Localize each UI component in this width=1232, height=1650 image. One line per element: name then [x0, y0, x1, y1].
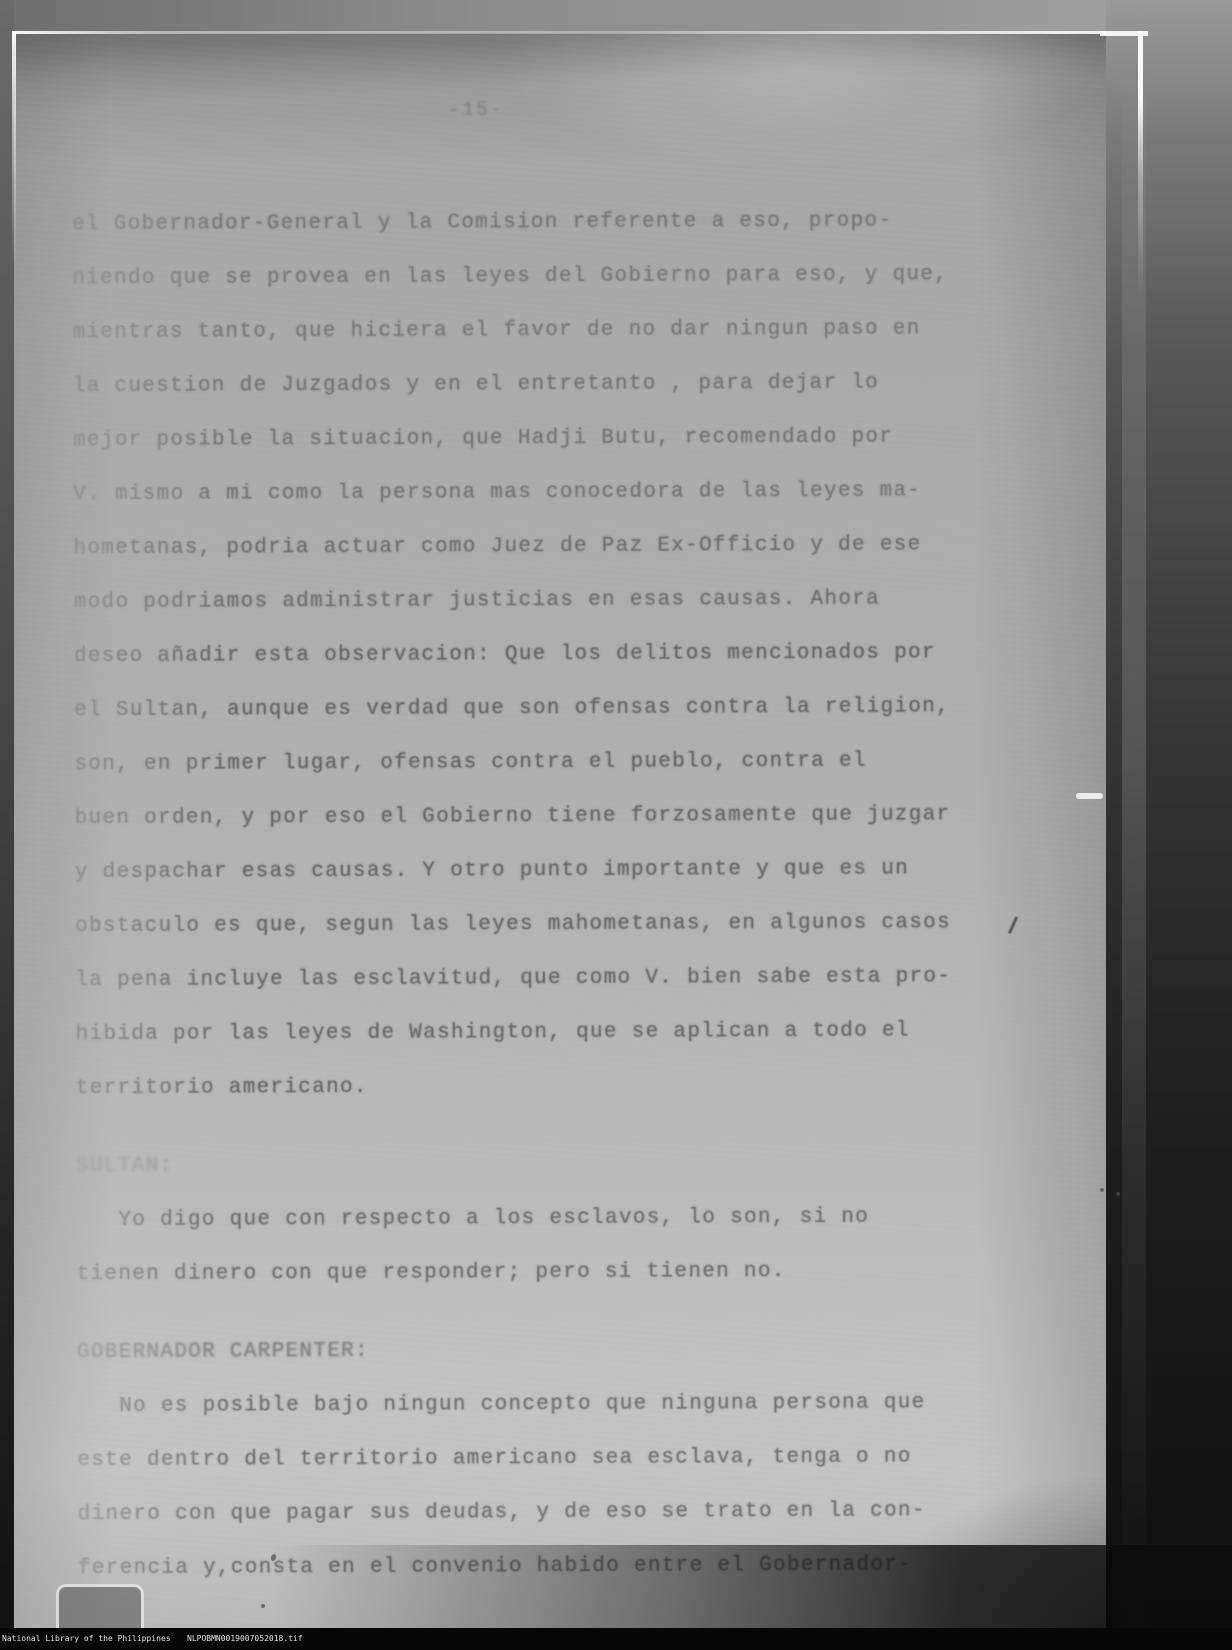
- document-page: -15- el Gobernador-General y la Comision…: [14, 33, 1106, 1630]
- typed-line: niendo que se provea en las leyes del Go…: [72, 248, 1062, 306]
- typed-line: la pena incluye las esclavitud, que como…: [75, 950, 1065, 1008]
- page-number: -15-: [448, 99, 504, 122]
- typed-line: V. mismo a mi como la persona mas conoce…: [73, 464, 1063, 522]
- corner-mark-top-left: [12, 31, 16, 266]
- typed-line: hometanas, podria actuar como Juez de Pa…: [73, 518, 1063, 576]
- typed-line: modo podriamos administrar justicias en …: [74, 572, 1064, 630]
- typed-line: el Gobernador-General y la Comision refe…: [72, 194, 1062, 252]
- dust-speck: [1116, 1192, 1120, 1196]
- typed-line: hibida por las leyes de Washington, que …: [75, 1004, 1065, 1062]
- library-footer-bar: National Library of the Philippines NLPO…: [0, 1628, 1232, 1650]
- speaker-heading-sultan: SULTAN:: [76, 1136, 1066, 1194]
- typed-line: este dentro del territorio americano sea…: [77, 1430, 1067, 1488]
- typed-line: tienen dinero con que responder; pero si…: [77, 1244, 1067, 1302]
- scan-filename-label: NLPOBMN0019007052018.tif: [187, 1634, 303, 1643]
- typed-body-text: el Gobernador-General y la Comision refe…: [72, 194, 1068, 1596]
- corner-mark-top-right-vertical: [1138, 31, 1143, 296]
- typed-line: No es posible bajo ningun concepto que n…: [77, 1376, 1067, 1434]
- typed-line: son, en primer lugar, ofensas contra el …: [74, 734, 1064, 792]
- right-edge-tick-mark: [1076, 793, 1103, 799]
- typed-line: Yo digo que con respecto a los esclavos,…: [76, 1190, 1066, 1248]
- dust-speck: [261, 1604, 265, 1608]
- typed-line: deseo añadir esta observacion: Que los d…: [74, 626, 1064, 684]
- typed-line: la cuestion de Juzgados y en el entretan…: [73, 356, 1063, 414]
- typed-line: obstaculo es que, segun las leyes mahome…: [75, 896, 1065, 954]
- typed-line: el Sultan, aunque es verdad que son ofen…: [74, 680, 1064, 738]
- typed-line: mientras tanto, que hiciera el favor de …: [72, 302, 1062, 360]
- page-top-edge-highlight: [14, 31, 1106, 34]
- scanned-document-photo: -15- el Gobernador-General y la Comision…: [0, 0, 1232, 1650]
- typed-line: mejor posible la situacion, que Hadji Bu…: [73, 410, 1063, 468]
- paragraph-governor-statement: el Gobernador-General y la Comision refe…: [72, 194, 1066, 1116]
- speaker-heading-governor-carpenter: GOBERNADOR CARPENTER:: [77, 1322, 1067, 1380]
- typed-line: buen orden, y por eso el Gobierno tiene …: [75, 788, 1065, 846]
- typed-line: territorio americano.: [76, 1058, 1066, 1116]
- photo-frame-right: [1106, 0, 1232, 1650]
- library-name-label: National Library of the Philippines: [2, 1634, 171, 1643]
- paragraph-sultan-reply: Yo digo que con respecto a los esclavos,…: [76, 1190, 1066, 1302]
- typed-line: y despachar esas causas. Y otro punto im…: [75, 842, 1065, 900]
- dust-speck: [1100, 1188, 1104, 1192]
- typed-line: dinero con que pagar sus deudas, y de es…: [78, 1484, 1068, 1542]
